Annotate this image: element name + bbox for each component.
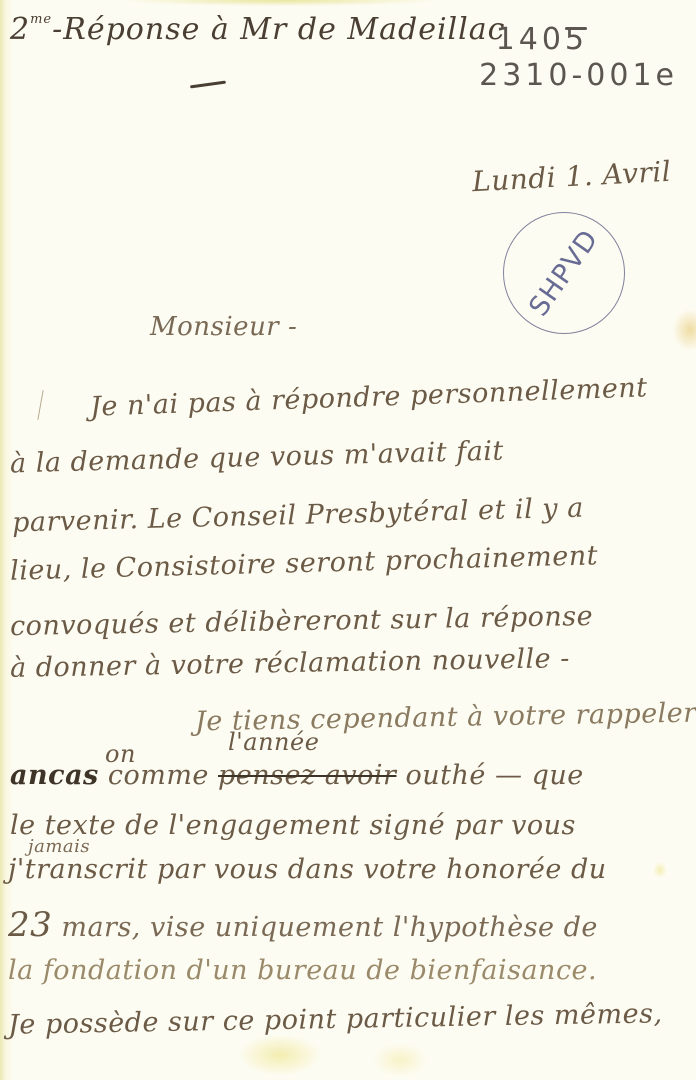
body-line-4: lieu, le Consistoire seront prochainemen… <box>10 540 599 586</box>
body-line-3: parvenir. Le Conseil Presbytéral et il y… <box>12 493 584 539</box>
body-line-1: Je n'ai pas à répondre personnellement <box>90 372 648 422</box>
body-line-6: à donner à votre réclamation nouvelle - <box>10 643 570 684</box>
body-line-10: j'transcrit par vous dans votre honorée … <box>8 854 607 885</box>
reference-overbar <box>565 27 587 30</box>
body-line-13: Je possède sur ce point particulier les … <box>8 998 663 1040</box>
stamp-text: SHPVD <box>523 224 605 322</box>
insertion-annee: l'année <box>228 728 319 756</box>
letter-date: Lundi 1. Avril <box>471 155 672 198</box>
date-number: 23 <box>8 905 52 945</box>
archive-stamp: SHPVD <box>503 212 625 334</box>
margin-mark <box>37 390 43 420</box>
line8-start: ancas <box>10 760 99 791</box>
body-line-9: le texte de l'engagement signé par vous <box>10 810 576 841</box>
salutation: Monsieur - <box>150 312 297 342</box>
title-prefix: 2 <box>10 12 30 47</box>
body-line-5: convoqués et délibèreront sur la réponse <box>10 601 594 642</box>
body-line-8: ancas comme pensez avoir outhé — que <box>10 760 584 791</box>
letter-header-title: 2me-Réponse à Mr de Madeillac <box>10 12 505 47</box>
title-text: -Réponse à Mr de Madeillac <box>52 12 505 47</box>
title-sup: me <box>30 12 52 27</box>
body-line-11: 23 mars, vise uniquement l'hypothèse de <box>8 905 598 945</box>
reference-number-2: 2310-001e <box>479 58 678 93</box>
line8-end: outhé — que <box>396 760 583 791</box>
line8-middle: comme <box>99 760 218 791</box>
line8-struck-text: pensez avoir <box>218 760 396 791</box>
letter-page: 2me-Réponse à Mr de Madeillac 1405 2310-… <box>0 0 696 1080</box>
body-line-12: la fondation d'un bureau de bienfaisance… <box>8 955 597 986</box>
title-underline <box>190 81 226 89</box>
body-line-2: à la demande que vous m'avait fait <box>10 436 505 480</box>
line11-text: mars, vise uniquement l'hypothèse de <box>52 912 598 943</box>
